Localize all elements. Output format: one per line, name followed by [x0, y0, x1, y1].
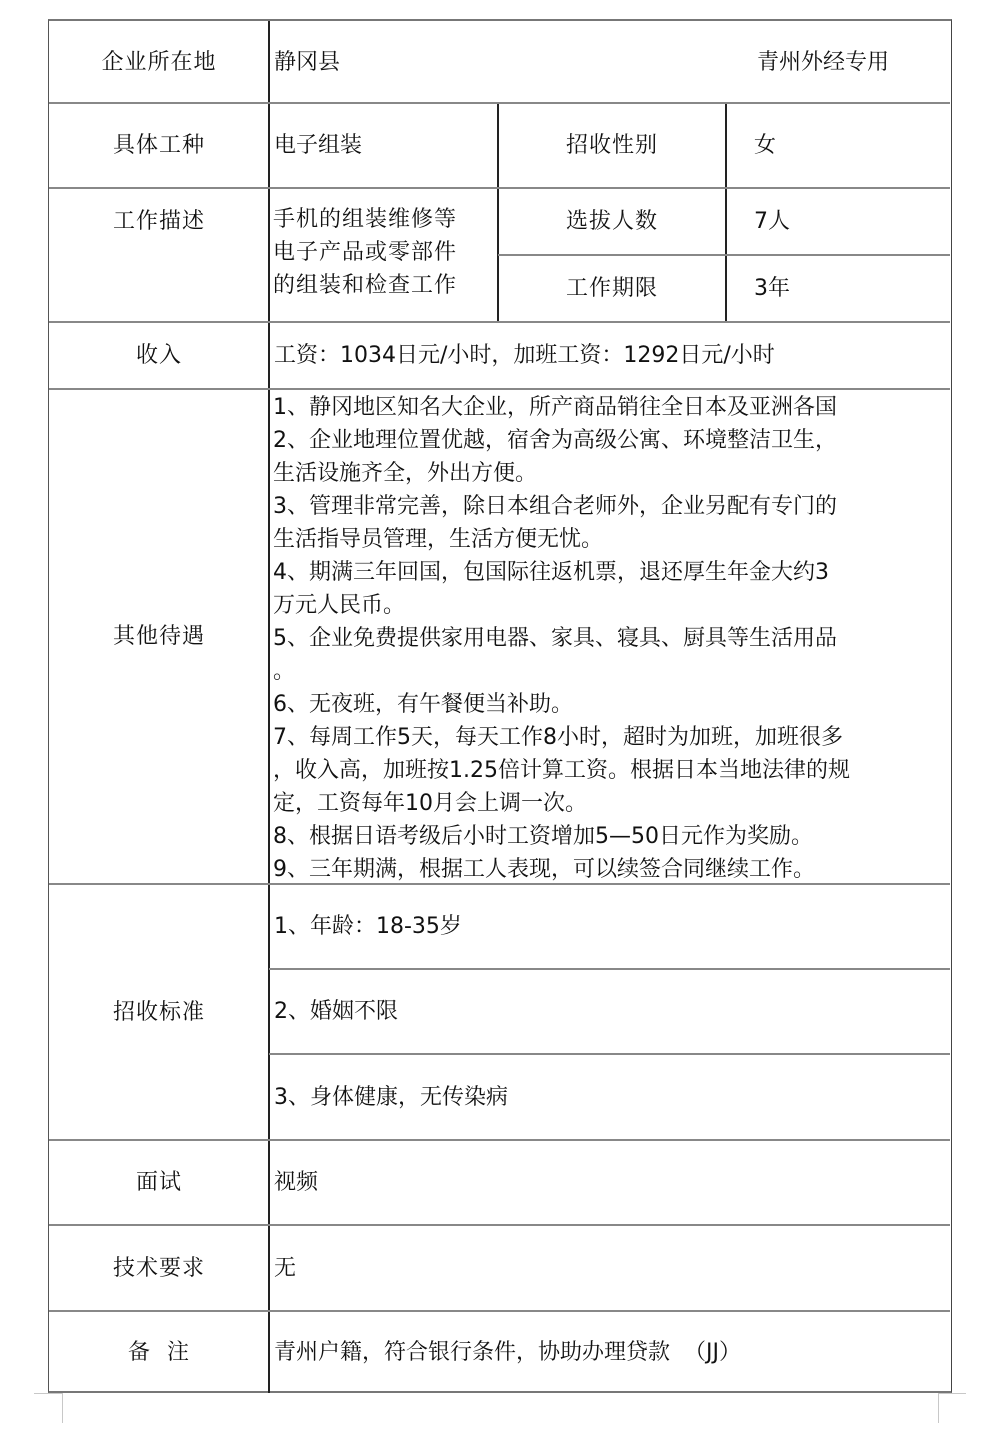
requirement-item: 3、身体健康，无传染病 — [269, 1054, 950, 1140]
column-divider — [725, 103, 727, 322]
crop-mark — [62, 1393, 63, 1423]
row-divider — [269, 968, 950, 970]
benefit-line: 生活指导员管理，生活方便无忧。 — [273, 523, 948, 556]
benefit-line: 9、三年期满，根据工人表现，可以续签合同继续工作。 — [273, 853, 948, 886]
row-divider — [49, 388, 950, 390]
benefit-line: 5、企业免费提供家用电器、家具、寝具、厨具等生活用品 — [273, 622, 948, 655]
job-type-label: 具体工种 — [49, 103, 269, 188]
benefit-line: 万元人民币。 — [273, 589, 948, 622]
headcount-label: 选拔人数 — [498, 188, 726, 255]
job-type-value: 电子组装 — [269, 103, 498, 188]
remarks-value: 青州户籍，符合银行条件，协助办理贷款 （JJ） — [269, 1311, 950, 1393]
row-divider — [49, 1224, 950, 1226]
crop-mark — [938, 1393, 939, 1423]
interview-label: 面试 — [49, 1140, 269, 1225]
gender-value: 女 — [726, 103, 950, 188]
recruitment-table: 企业所在地 静冈县 青州外经专用 具体工种 电子组装 招收性别 女 工作描述 手… — [48, 19, 952, 1393]
benefits-list: 1、静冈地区知名大企业，所产商品销往全日本及亚洲各国 2、企业地理位置优越，宿舍… — [269, 391, 950, 884]
headcount-value: 7人 — [726, 188, 950, 255]
requirements-label: 招收标准 — [49, 884, 269, 1140]
term-value: 3年 — [726, 255, 950, 322]
benefit-line: 6、无夜班，有午餐便当补助。 — [273, 688, 948, 721]
benefit-line: 2、企业地理位置优越，宿舍为高级公寓、环境整洁卫生， — [273, 424, 948, 457]
description-label: 工作描述 — [49, 188, 269, 255]
income-value: 工资：1034日元/小时，加班工资：1292日元/小时 — [269, 322, 950, 389]
requirement-item: 2、婚姻不限 — [269, 969, 950, 1054]
usage-note: 青州外经专用 — [752, 21, 950, 103]
skills-value: 无 — [269, 1225, 950, 1311]
row-divider — [49, 1139, 950, 1141]
benefit-line: 3、管理非常完善，除日本组合老师外，企业另配有专门的 — [273, 490, 948, 523]
term-label: 工作期限 — [498, 255, 726, 322]
skills-label: 技术要求 — [49, 1225, 269, 1311]
benefit-line: 定，工资每年10月会上调一次。 — [273, 787, 948, 820]
crop-mark — [34, 1393, 62, 1394]
requirement-item: 1、年龄：18-35岁 — [269, 884, 950, 969]
benefit-line: ，收入高，加班按1.25倍计算工资。根据日本当地法律的规 — [273, 754, 948, 787]
row-divider — [49, 1310, 950, 1312]
row-divider — [49, 321, 950, 323]
description-line: 手机的组装维修等 — [273, 203, 496, 236]
row-divider — [49, 187, 950, 189]
row-divider — [269, 1053, 950, 1055]
benefit-line: 。 — [273, 655, 948, 688]
benefit-line: 8、根据日语考级后小时工资增加5—50日元作为奖励。 — [273, 820, 948, 853]
benefit-line: 4、期满三年回国，包国际往返机票，退还厚生年金大约3 — [273, 556, 948, 589]
benefit-line: 7、每周工作5天，每天工作8小时，超时为加班，加班很多 — [273, 721, 948, 754]
row-divider — [49, 102, 950, 104]
gender-label: 招收性别 — [498, 103, 726, 188]
interview-value: 视频 — [269, 1140, 950, 1225]
description-line: 的组装和检查工作 — [273, 269, 496, 302]
row-divider — [49, 883, 950, 885]
column-divider — [497, 103, 499, 322]
column-divider — [268, 21, 270, 1393]
location-value: 静冈县 — [269, 21, 669, 103]
row-divider — [498, 254, 950, 256]
benefit-line: 1、静冈地区知名大企业，所产商品销往全日本及亚洲各国 — [273, 391, 948, 424]
crop-mark — [938, 1393, 966, 1394]
location-label: 企业所在地 — [49, 21, 269, 103]
description-line: 电子产品或零部件 — [273, 236, 496, 269]
remarks-label: 备 注 — [49, 1311, 269, 1393]
benefits-label: 其他待遇 — [49, 389, 269, 884]
income-label: 收入 — [49, 322, 269, 389]
description-value: 手机的组装维修等 电子产品或零部件 的组装和检查工作 — [269, 203, 498, 313]
benefit-line: 生活设施齐全，外出方便。 — [273, 457, 948, 490]
